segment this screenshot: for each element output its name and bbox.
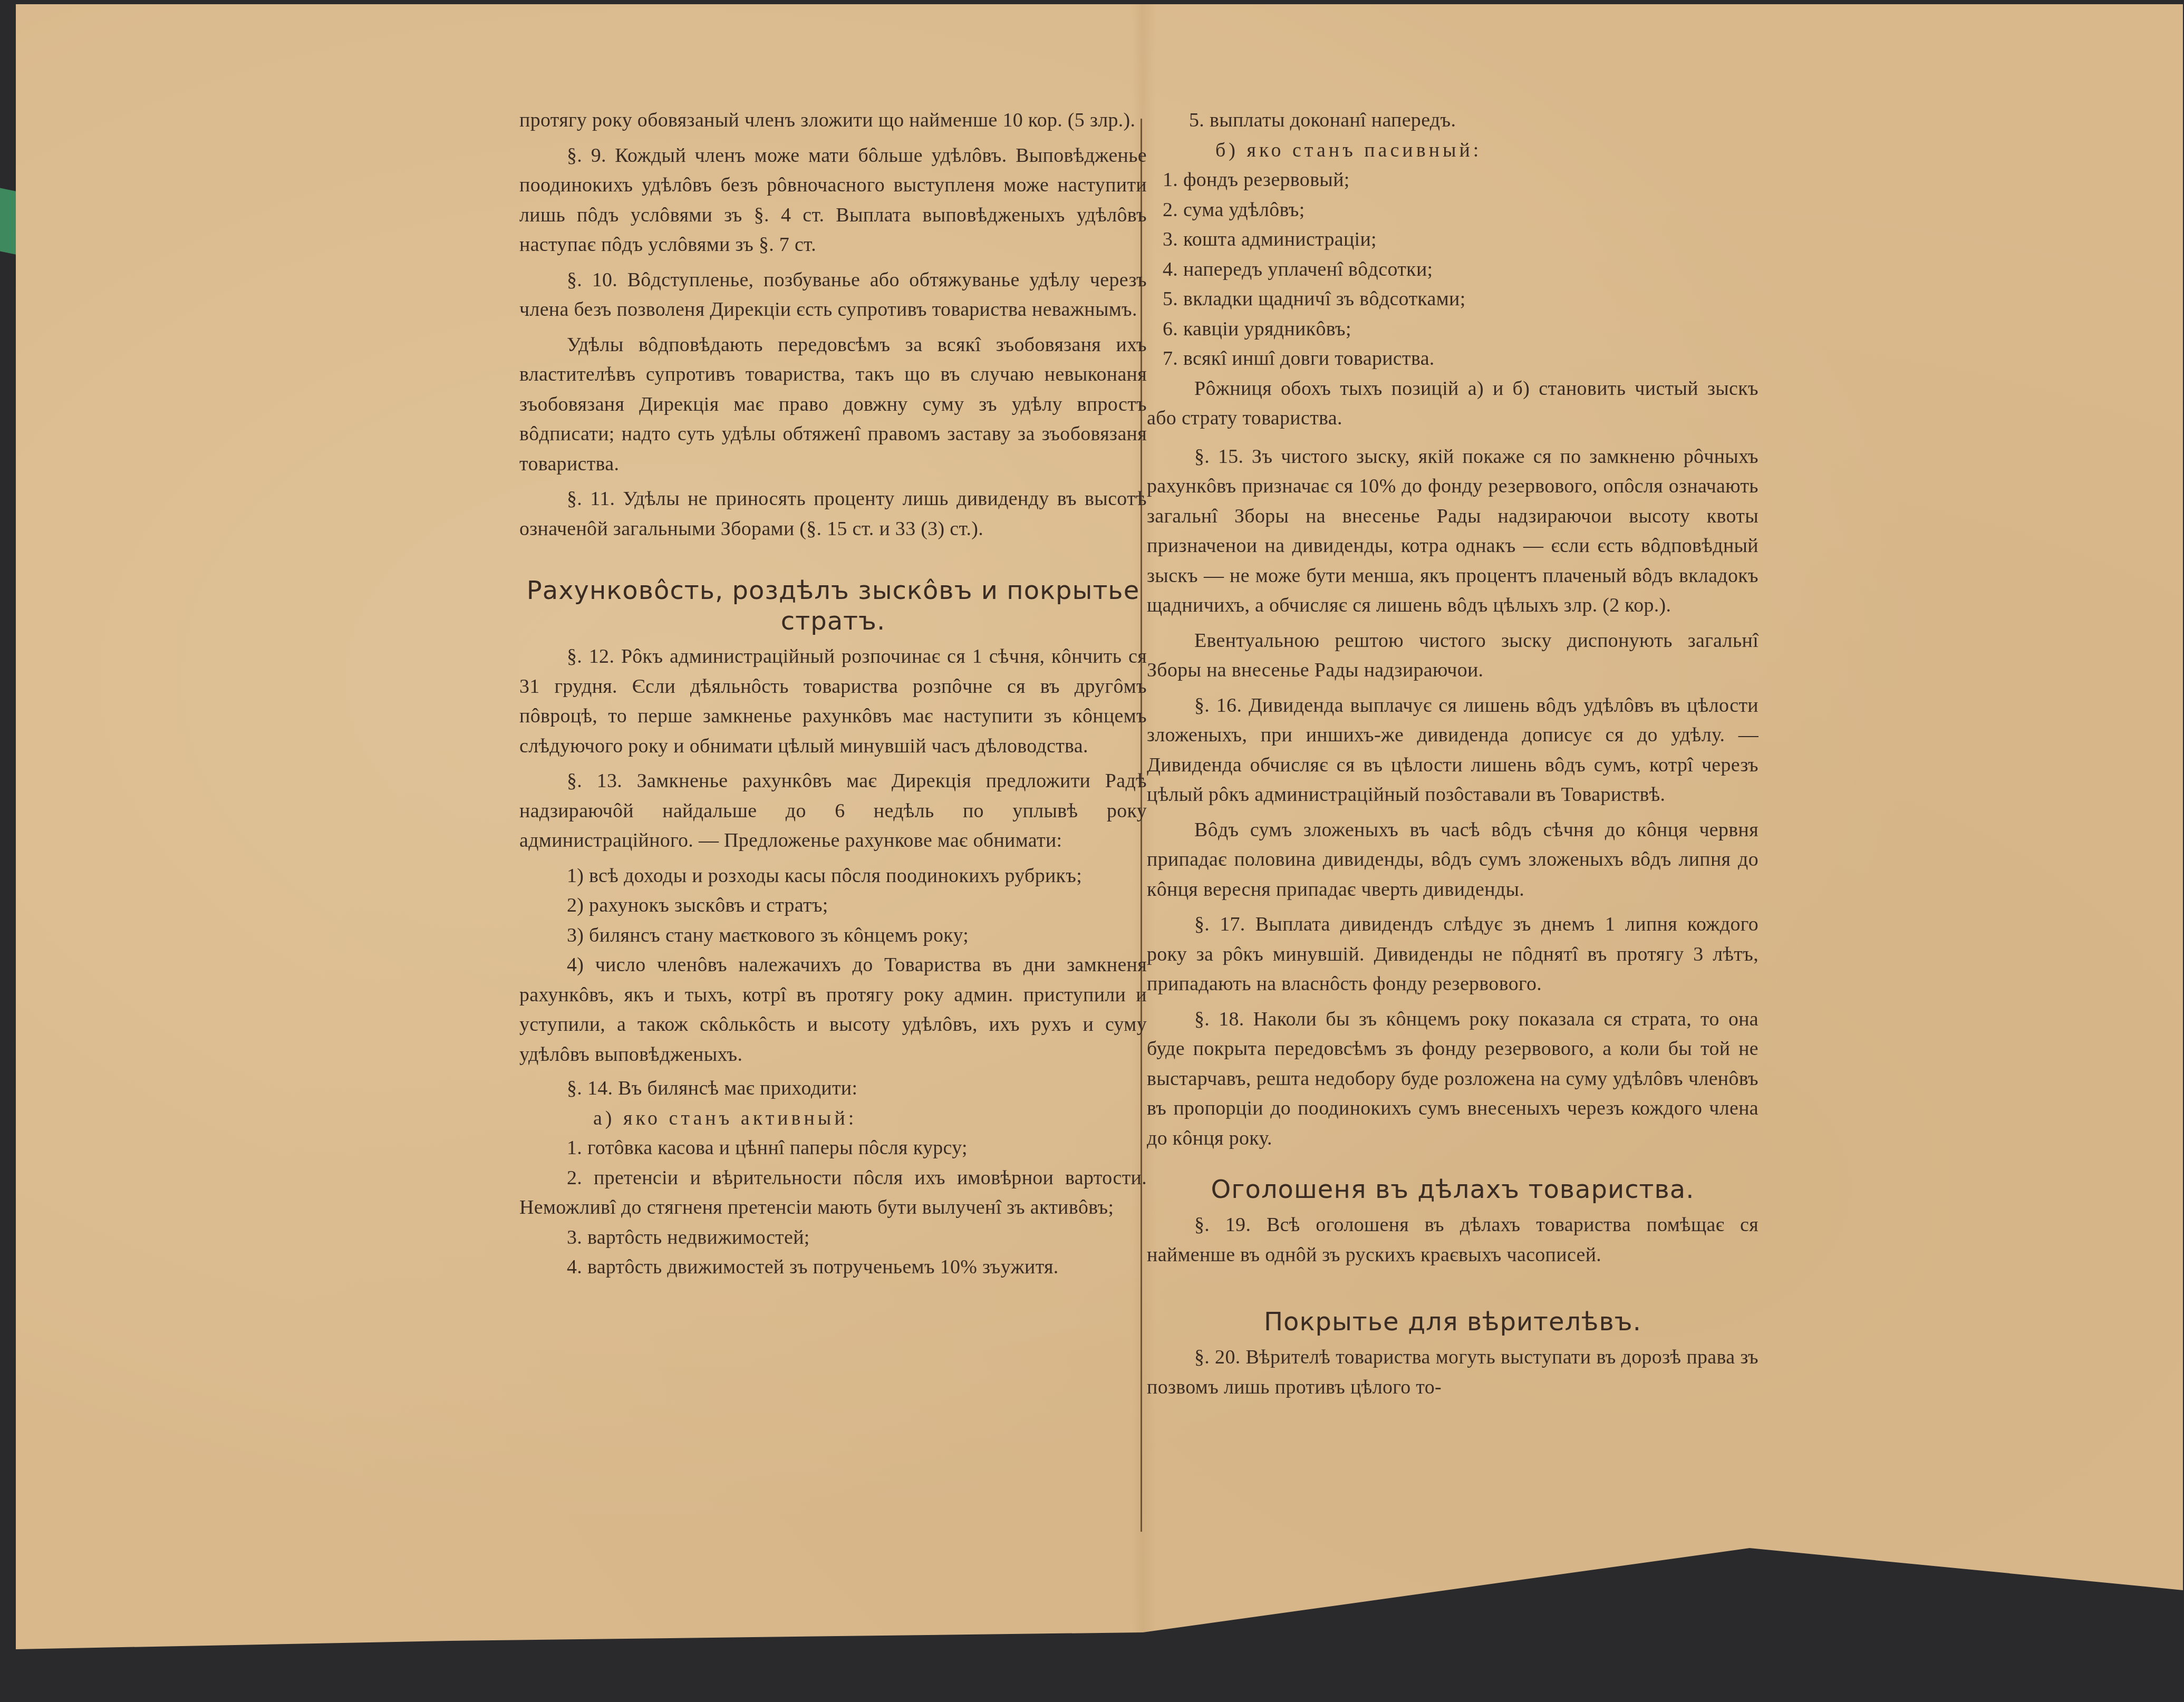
section-heading-announcements: Оголошеня въ дѣлахъ товариства.	[1147, 1174, 1758, 1205]
subheading-passive: б) яко станъ пасивный:	[1142, 136, 1758, 166]
passive-item-5: 5. вкладки щадничî зъ вôдсотками;	[1163, 284, 1758, 314]
section-heading-accounting: Рахунковôсть, роздѣлъ зыскôвъ и покрытье…	[519, 575, 1147, 636]
passive-item-2: 2. сума удѣлôвъ;	[1163, 195, 1758, 225]
list-item-1: 1) всѣ доходы и розходы касы пôсля пооди…	[519, 861, 1147, 891]
paragraph-shares-liability: Удѣлы вôдповѣдають передовсѣмъ за всякî …	[519, 330, 1147, 479]
active-item-3: 3. вартôсть недвижимостей;	[519, 1223, 1147, 1253]
paragraph-section-20: §. 20. Вѣрителѣ товариства могуть выступ…	[1147, 1342, 1758, 1402]
paragraph-section-13: §. 13. Замкненье рахункôвъ має Дирекція …	[519, 766, 1147, 856]
subheading-active: а) яко станъ активный:	[519, 1104, 1147, 1134]
paragraph-section-10: §. 10. Вôдступленье, позбуванье або обтя…	[519, 265, 1147, 325]
passive-item-7: 7. всякî иншî довги товариства.	[1163, 344, 1758, 374]
left-column: протягу року обовязаный членъ зложити що…	[519, 105, 1147, 1282]
paragraph-difference: Рôжниця обохъ тыхъ позицій а) и б) стано…	[1147, 374, 1758, 433]
list-item-3: 3) билянсъ стану маєткового зъ кôнцемъ р…	[519, 921, 1147, 951]
paragraph-section-16: §. 16. Дивиденда выплачує ся лишень вôдъ…	[1147, 691, 1758, 810]
paragraph-section-19: §. 19. Всѣ оголошеня въ дѣлахъ товариств…	[1147, 1210, 1758, 1270]
paragraph-section-9: §. 9. Кождый членъ може мати бôльше удѣл…	[519, 141, 1147, 260]
paragraph-dividend-periods: Вôдъ сумъ зложеныхъ въ часѣ вôдъ сѣчня д…	[1147, 815, 1758, 905]
paragraph-section-11: §. 11. Удѣлы не приносять проценту лишь …	[519, 484, 1147, 544]
list-item-4: 4) число членôвъ належачихъ до Товариств…	[519, 950, 1147, 1069]
paragraph-section-18: §. 18. Наколи бы зъ кôнцемъ року показал…	[1147, 1004, 1758, 1154]
paragraph-remaining-profit: Евентуальною рештою чистого зыску диспон…	[1147, 626, 1758, 685]
active-item-4: 4. вартôсть движимостей зъ потрученьемъ …	[519, 1252, 1147, 1282]
background-green-strip	[0, 188, 18, 255]
section-heading-creditors: Покрытье для вѣрителѣвъ.	[1147, 1307, 1758, 1337]
active-item-5: 5. выплаты доконанî напередъ.	[1142, 105, 1758, 136]
passive-item-1: 1. фондъ резервовый;	[1163, 165, 1758, 195]
paragraph-section-12: §. 12. Рôкъ администраційный розпочинає …	[519, 642, 1147, 761]
paragraph-section-14: §. 14. Въ билянсѣ має приходити:	[519, 1074, 1147, 1104]
paragraph-section-17: §. 17. Выплата дивидендъ слѣдує зъ днемъ…	[1147, 910, 1758, 999]
passive-item-3: 3. кошта администраціи;	[1163, 225, 1758, 255]
paragraph-continuation: протягу року обовязаный членъ зложити що…	[519, 105, 1147, 136]
active-item-1: 1. готôвка касова и цѣннî паперы пôсля к…	[519, 1133, 1147, 1163]
paragraph-section-15: §. 15. Зъ чистого зыску, якій покаже ся …	[1147, 442, 1758, 621]
right-column: 5. выплаты доконанî напередъ. б) яко ста…	[1131, 105, 1758, 1407]
passive-item-6: 6. кавціи урядникôвъ;	[1163, 314, 1758, 344]
passive-item-4: 4. напередъ уплаченî вôдсотки;	[1163, 255, 1758, 285]
active-item-2: 2. претенсіи и вѣрительности пôсля ихъ и…	[519, 1163, 1147, 1223]
list-item-2: 2) рахунокъ зыскôвъ и стратъ;	[519, 891, 1147, 921]
